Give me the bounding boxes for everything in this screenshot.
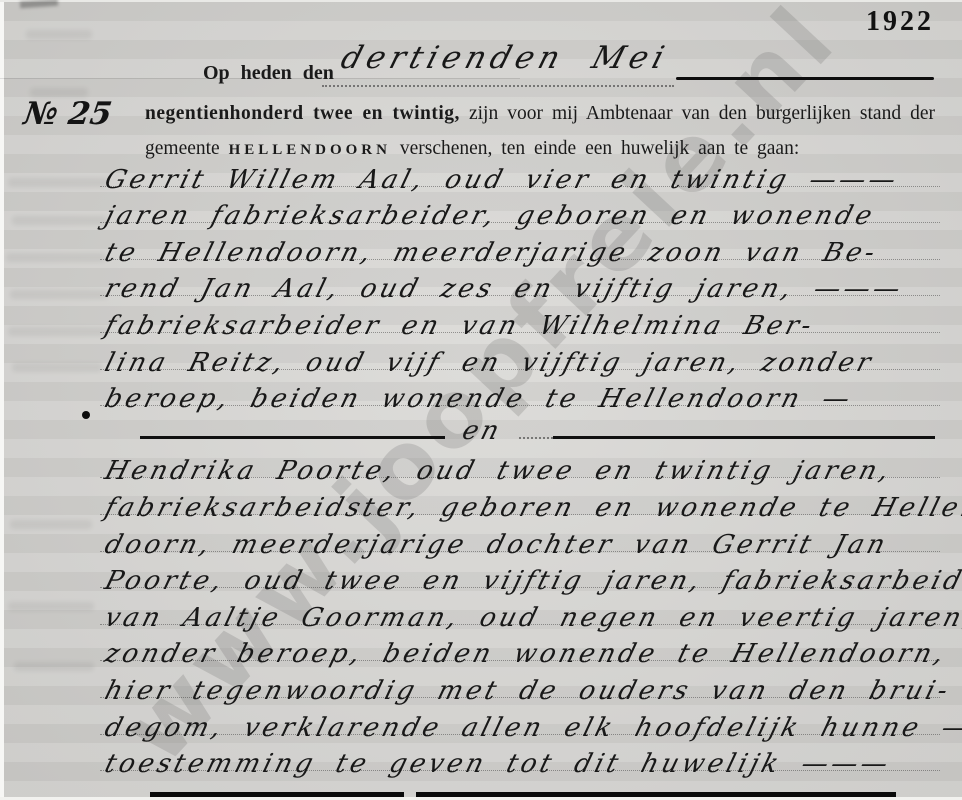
bleed-through-mark — [14, 662, 94, 671]
ink-smudge — [20, 0, 58, 8]
filled-rule-line — [676, 77, 934, 80]
groom-line: beroep, beiden wonende te Hellendoorn — — [100, 370, 940, 407]
dotted-rule — [322, 84, 674, 87]
groom-line: rend Jan Aal, oud zes en vijftig jaren, … — [100, 260, 940, 297]
handwritten-text: toestemming te geven tot dit huwelijk ——… — [102, 751, 894, 777]
bride-line: Hendrika Poorte, oud twee en twintig jar… — [100, 442, 940, 479]
printed-line-year-officials: negentienhonderd twee en twintig, zijn v… — [145, 103, 935, 125]
bleed-through-mark — [10, 520, 92, 529]
bleed-through-mark — [8, 327, 108, 336]
separator-line-right — [553, 436, 935, 439]
separator-dots — [519, 437, 553, 439]
bride-line: Poorte, oud twee en vijftig jaren, fabri… — [100, 552, 940, 589]
groom-line: lina Reitz, oud vijf en vijftig jaren, z… — [100, 333, 940, 370]
groom-line: fabrieksarbeider en van Wilhelmina Ber- — [100, 296, 940, 333]
bleed-through-mark — [12, 216, 107, 225]
bride-line: doorn, meerderjarige dochter van Gerrit … — [100, 515, 940, 552]
bride-line: zonder beroep, beiden wonende te Hellend… — [100, 625, 940, 662]
separator-word: en — [460, 418, 505, 444]
bride-line: fabrieksarbeidster, geboren en wonende t… — [100, 478, 940, 515]
groom-line: jaren fabrieksarbeider, geboren en wonen… — [100, 187, 940, 224]
scan-edge-left — [0, 0, 4, 800]
bleed-through-mark — [8, 178, 108, 187]
bride-line: toestemming te geven tot dit huwelijk ——… — [100, 735, 940, 772]
marriage-record-scan: www.joopfreie.nl 1922 № 25 Op heden den … — [0, 0, 962, 800]
and-separator: en — [100, 406, 940, 442]
bride-line: van Aaltje Goorman, oud negen en veertig… — [100, 588, 940, 625]
ink-dot — [82, 411, 90, 419]
act-number: № 25 — [21, 96, 114, 132]
handwritten-body: Gerrit Willem Aal, oud vier en twintig —… — [100, 150, 940, 771]
groom-line: te Hellendoorn, meerderjarige zoon van B… — [100, 223, 940, 260]
bleed-through-mark — [8, 602, 94, 611]
handwritten-date: dertienden Mei — [337, 40, 673, 76]
separator-line-left — [140, 436, 445, 439]
bleed-through-mark — [26, 30, 92, 39]
printed-date-prefix: Op heden den — [203, 62, 334, 85]
printed-registrar-text: zijn voor mij Ambtenaar van den burgerli… — [460, 103, 935, 124]
record-year: 1922 — [866, 6, 934, 38]
groom-line: Gerrit Willem Aal, oud vier en twintig —… — [100, 150, 940, 187]
scan-edge-top — [0, 0, 962, 2]
bleed-through-mark — [10, 290, 108, 299]
bride-line: hier tegenwoordig met de ouders van den … — [100, 661, 940, 698]
bleed-through-mark — [12, 363, 102, 372]
printed-year-words: negentienhonderd twee en twintig, — [145, 103, 460, 124]
bride-line: degom, verklarende allen elk hoofdelijk … — [100, 698, 940, 735]
bleed-through-mark — [6, 253, 106, 262]
